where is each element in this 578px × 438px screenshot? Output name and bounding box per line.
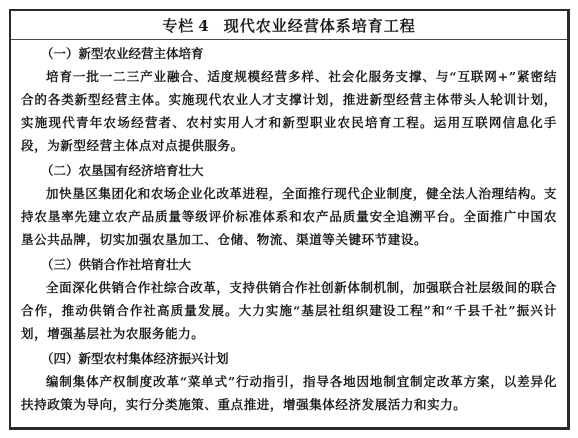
section-2: （二）农垦国有经济培育壮大 加快垦区集团化和农场企业化改革进程，全面推行现代企业… [21, 159, 557, 251]
section-body: 培育一批一二三产业融合、适度规模经营多样、社会化服务支撑、与“互联网+”紧密结合… [21, 65, 557, 157]
section-body: 全面深化供销合作社综合改革，支持供销合作社创新体制机制，加强联合社层级间的联合合… [21, 276, 557, 345]
section-body: 编制集体产权制度改革“菜单式”行动指引，指导各地因地制宜制定改革方案，以差异化扶… [21, 370, 557, 416]
section-heading: （一）新型农业经营主体培育 [21, 42, 557, 65]
section-3: （三）供销合作社培育壮大 全面深化供销合作社综合改革，支持供销合作社创新体制机制… [21, 253, 557, 345]
section-body: 加快垦区集团化和农场企业化改革进程，全面推行现代企业制度，健全法人治理结构。支持… [21, 182, 557, 251]
section-1: （一）新型农业经营主体培育 培育一批一二三产业融合、适度规模经营多样、社会化服务… [21, 42, 557, 157]
section-heading: （二）农垦国有经济培育壮大 [21, 159, 557, 182]
title-label: 专栏 [162, 17, 194, 35]
title-text: 现代农业经营体系培育工程 [224, 17, 416, 35]
title-number: 4 [198, 17, 209, 35]
section-heading: （四）新型农村集体经济振兴计划 [21, 347, 557, 370]
box-content: （一）新型农业经营主体培育 培育一批一二三产业融合、适度规模经营多样、社会化服务… [11, 42, 567, 416]
title-row: 专栏4现代农业经营体系培育工程 [11, 11, 567, 40]
box-title: 专栏4现代农业经营体系培育工程 [162, 15, 415, 36]
section-4: （四）新型农村集体经济振兴计划 编制集体产权制度改革“菜单式”行动指引，指导各地… [21, 347, 557, 416]
section-heading: （三）供销合作社培育壮大 [21, 253, 557, 276]
feature-box: 专栏4现代农业经营体系培育工程 （一）新型农业经营主体培育 培育一批一二三产业融… [9, 9, 570, 430]
